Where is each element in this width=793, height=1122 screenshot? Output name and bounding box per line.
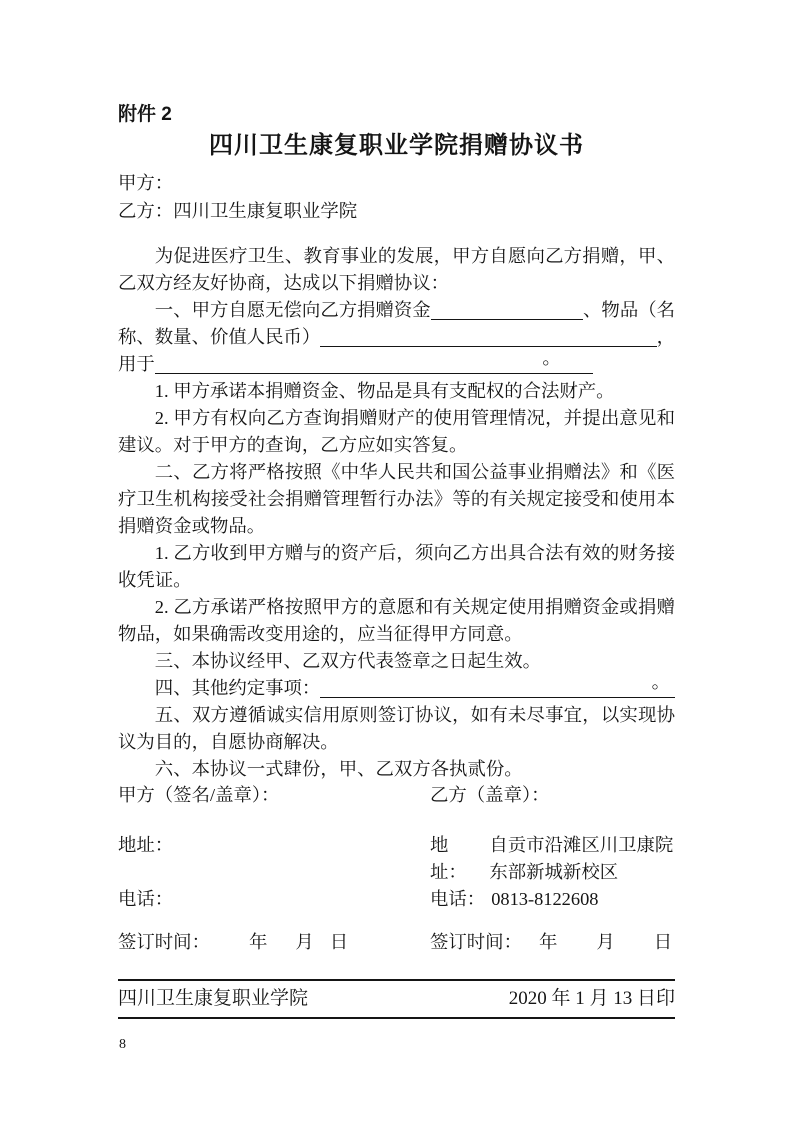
- document-page: 附件 2 四川卫生康复职业学院捐赠协议书 甲方： 乙方：四川卫生康复职业学院 为…: [0, 0, 793, 1122]
- clause-1-text-before-amount: 一、甲方自愿无偿向乙方捐赠资金: [155, 297, 431, 324]
- purpose-period: 。: [542, 345, 560, 372]
- clause-1-sub-2: 2. 甲方有权向乙方查询捐赠财产的使用管理情况，并提出意见和建议。对于甲方的查询…: [118, 405, 675, 459]
- party-a-signature-label: 甲方（签名/盖章）：: [118, 782, 430, 809]
- agreement-body: 为促进医疗卫生、教育事业的发展，甲方自愿向乙方捐赠，甲、乙双方经友好协商，达成以…: [118, 243, 675, 783]
- blank-other-matters: 。: [320, 675, 675, 698]
- clause-1-items-comma: ，: [657, 324, 675, 351]
- party-a-address-label: 地址：: [118, 832, 430, 886]
- clause-5: 五、双方遵循诚实信用原则签订协议，如有未尽事宜，以实现协议为目的，自愿协商解决。: [118, 702, 675, 756]
- blank-item-details: [320, 324, 656, 347]
- blank-fund-amount: [431, 297, 583, 320]
- other-matters-period: 。: [652, 669, 670, 696]
- clause-2: 二、乙方将严格按照《中华人民共和国公益事业捐赠法》和《医疗卫生机构接受社会捐赠管…: [118, 459, 675, 540]
- party-b-year-label: 年: [539, 929, 557, 956]
- party-b-signature-text: 乙方（盖章）：: [430, 782, 550, 809]
- document-title: 四川卫生康复职业学院捐赠协议书: [118, 131, 675, 161]
- party-b-phone-label: 电话：: [430, 886, 485, 913]
- clause-1-line-3: 用于 。: [118, 351, 675, 378]
- parties-block: 甲方： 乙方：四川卫生康复职业学院: [118, 169, 675, 225]
- party-a-label: 甲方：: [118, 173, 173, 193]
- clause-4-line: 四、其他约定事项： 。: [118, 675, 675, 702]
- party-b-phone-value: 0813-8122608: [491, 886, 598, 913]
- party-a-year-label: 年: [249, 929, 267, 956]
- clause-1-items-label: 称、数量、价值人民币）: [118, 324, 320, 351]
- document-content: 附件 2 四川卫生康复职业学院捐赠协议书 甲方： 乙方：四川卫生康复职业学院 为…: [118, 103, 675, 783]
- clause-1-text-after-amount: 、物品（名: [583, 297, 675, 324]
- party-b-line: 乙方：四川卫生康复职业学院: [118, 197, 675, 225]
- address-row: 地址： 地址： 自贡市沿滩区川卫康院东部新城新校区: [118, 832, 675, 886]
- party-b-address: 地址： 自贡市沿滩区川卫康院东部新城新校区: [430, 832, 675, 886]
- clause-1-line-1: 一、甲方自愿无偿向乙方捐赠资金 、物品（名: [118, 297, 675, 324]
- clause-6: 六、本协议一式肆份，甲、乙双方各执贰份。: [118, 756, 675, 783]
- party-a-month-label: 月: [295, 929, 313, 956]
- footer-print-date: 2020 年 1 月 13 日印: [509, 985, 675, 1012]
- party-a-sign-date: 签订时间： 年 月 日: [118, 929, 430, 956]
- party-b-sign-date: 签订时间： 年 月 日: [430, 929, 675, 956]
- clause-1-line-2: 称、数量、价值人民币） ，: [118, 324, 675, 351]
- party-b-address-value: 自贡市沿滩区川卫康院东部新城新校区: [489, 832, 675, 886]
- party-a-sign-date-label: 签订时间：: [118, 929, 210, 956]
- party-b-month-label: 月: [596, 929, 614, 956]
- party-b-phone: 电话： 0813-8122608: [430, 886, 675, 913]
- footer-organization: 四川卫生康复职业学院: [118, 985, 308, 1012]
- party-b-label: 乙方：: [118, 201, 173, 221]
- clause-4-label: 四、其他约定事项：: [155, 675, 321, 702]
- party-a-day-label: 日: [330, 929, 348, 956]
- intro-paragraph: 为促进医疗卫生、教育事业的发展，甲方自愿向乙方捐赠，甲、乙双方经友好协商，达成以…: [118, 243, 675, 297]
- page-number: 8: [119, 1036, 126, 1054]
- phone-row: 电话： 电话： 0813-8122608: [118, 886, 675, 913]
- signature-title-row: 甲方（签名/盖章）： 乙方（盖章）：: [118, 782, 675, 809]
- clause-1-purpose-label: 用于: [118, 351, 155, 378]
- sign-date-row: 签订时间： 年 月 日 签订时间： 年 月 日: [118, 929, 675, 956]
- party-b-day-label: 日: [654, 929, 672, 956]
- clause-3: 三、本协议经甲、乙双方代表签章之日起生效。: [118, 648, 675, 675]
- party-b-sign-date-label: 签订时间：: [430, 929, 522, 956]
- blank-purpose: 。: [155, 351, 593, 374]
- clause-1-sub-1: 1. 甲方承诺本捐赠资金、物品是具有支配权的合法财产。: [118, 378, 675, 405]
- party-b-address-label: 地址：: [430, 832, 483, 886]
- attachment-label: 附件 2: [118, 103, 675, 127]
- clause-2-sub-2: 2. 乙方承诺严格按照甲方的意愿和有关规定使用捐赠资金或捐赠物品，如果确需改变用…: [118, 594, 675, 648]
- party-b-signature-label: 乙方（盖章）：: [430, 782, 675, 809]
- party-a-line: 甲方：: [118, 169, 675, 197]
- party-b-name: 四川卫生康复职业学院: [173, 201, 357, 221]
- page-footer: 四川卫生康复职业学院 2020 年 1 月 13 日印: [118, 979, 675, 1019]
- signature-section: 甲方（签名/盖章）： 乙方（盖章）： 地址： 地址： 自贡市沿滩区川卫康院东部新…: [118, 782, 675, 956]
- clause-2-sub-1: 1. 乙方收到甲方赠与的资产后，须向乙方出具合法有效的财务接收凭证。: [118, 540, 675, 594]
- party-a-phone-label: 电话：: [118, 886, 430, 913]
